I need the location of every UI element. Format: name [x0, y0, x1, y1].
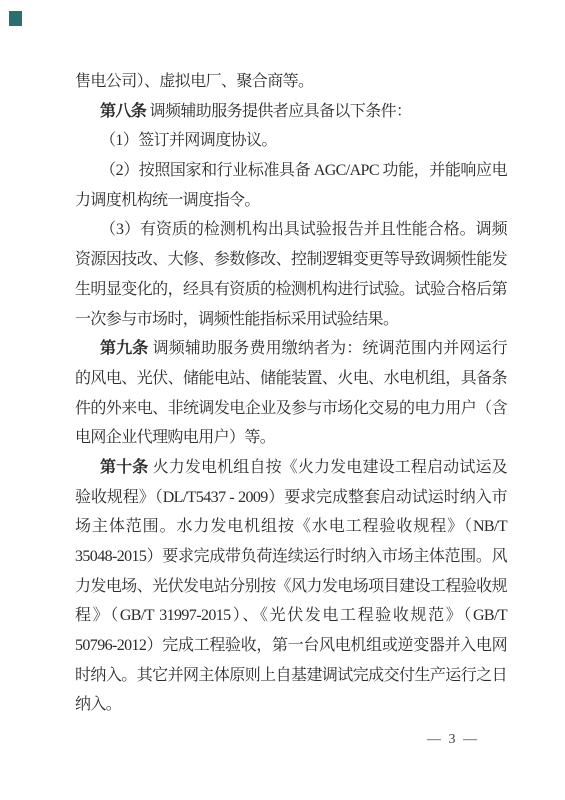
- corner-mark: [9, 11, 22, 26]
- article-number: 第八条: [100, 103, 146, 120]
- line-text: 调频辅助服务费用缴纳者为：统调范围内并网运行: [148, 340, 507, 357]
- line-text: 50796-2012）完成工程验收，第一台风电机组或逆变器并入电网: [75, 637, 507, 654]
- article-8-heading-line: 第八条 调频辅助服务提供者应具备以下条件：: [75, 97, 507, 127]
- line-text: 售电公司）、虚拟电厂、聚合商等。: [75, 73, 313, 90]
- text-line: 力发电场、光伏发电站分别按《风力发电场项目建设工程验收规: [75, 572, 507, 602]
- text-line: 件的外来电、非统调发电企业及参与市场化交易的电力用户（含: [75, 394, 507, 424]
- text-line: 时纳入。其它并网主体原则上自基建调试完成交付生产运行之日: [75, 661, 507, 691]
- line-text: 场主体范围。水力发电机组按《水电工程验收规程》（NB/T: [75, 518, 507, 535]
- line-text: 时纳入。其它并网主体原则上自基建调试完成交付生产运行之日: [75, 667, 507, 684]
- article-number: 第九条: [100, 340, 148, 357]
- line-text: 的风电、光伏、储能电站、储能装置、火电、水电机组，具备条: [75, 370, 507, 387]
- text-line: （2）按照国家和行业标准具备 AGC/APC 功能，并能响应电: [75, 156, 507, 186]
- text-line: 的风电、光伏、储能电站、储能装置、火电、水电机组，具备条: [75, 364, 507, 394]
- line-text: 一次参与市场时，调频性能指标采用试验结果。: [75, 311, 398, 328]
- line-text: （3）有资质的检测机构出具试验报告并且性能合格。调频: [100, 221, 507, 238]
- line-text: 火力发电机组自按《火力发电建设工程启动试运及: [148, 459, 507, 476]
- text-line: 一次参与市场时，调频性能指标采用试验结果。: [75, 305, 507, 335]
- line-text: 调频辅助服务提供者应具备以下条件：: [146, 103, 411, 120]
- line-text: 资源因技改、大修、参数修改、控制逻辑变更等导致调频性能发: [75, 251, 507, 268]
- line-text: 电网企业代理购电用户）等。: [75, 429, 275, 446]
- document-body: 售电公司）、虚拟电厂、聚合商等。 第八条 调频辅助服务提供者应具备以下条件： （…: [75, 67, 507, 720]
- text-line: 售电公司）、虚拟电厂、聚合商等。: [75, 67, 507, 97]
- line-text: 35048-2015）要求完成带负荷连续运行时纳入市场主体范围。风: [75, 548, 507, 565]
- article-number: 第十条: [100, 459, 148, 476]
- line-text: 力发电场、光伏发电站分别按《风力发电场项目建设工程验收规: [75, 578, 507, 595]
- text-line: 50796-2012）完成工程验收，第一台风电机组或逆变器并入电网: [75, 631, 507, 661]
- text-line: 35048-2015）要求完成带负荷连续运行时纳入市场主体范围。风: [75, 542, 507, 572]
- text-line: 纳入。: [75, 690, 507, 720]
- text-line: 程》（GB/T 31997-2015）、《光伏发电工程验收规范》（GB/T: [75, 601, 507, 631]
- page-number: — 3 —: [427, 732, 479, 748]
- text-line: 场主体范围。水力发电机组按《水电工程验收规程》（NB/T: [75, 512, 507, 542]
- article-9-heading-line: 第九条 调频辅助服务费用缴纳者为：统调范围内并网运行: [75, 334, 507, 364]
- text-line: 资源因技改、大修、参数修改、控制逻辑变更等导致调频性能发: [75, 245, 507, 275]
- line-text: 生明显变化的，经具有资质的检测机构进行试验。试验合格后第: [75, 281, 507, 298]
- line-text: （1）签订并网调度协议。: [100, 132, 277, 149]
- article-10-heading-line: 第十条 火力发电机组自按《火力发电建设工程启动试运及: [75, 453, 507, 483]
- line-text: （2）按照国家和行业标准具备 AGC/APC 功能，并能响应电: [100, 162, 507, 179]
- line-text: 纳入。: [75, 696, 121, 713]
- text-line: 生明显变化的，经具有资质的检测机构进行试验。试验合格后第: [75, 275, 507, 305]
- line-text: 验收规程》（DL/T5437 - 2009）要求完成整套启动试运时纳入市: [75, 489, 507, 506]
- text-line: 电网企业代理购电用户）等。: [75, 423, 507, 453]
- text-line: （3）有资质的检测机构出具试验报告并且性能合格。调频: [75, 215, 507, 245]
- text-line: （1）签订并网调度协议。: [75, 126, 507, 156]
- text-line: 力调度机构统一调度指令。: [75, 186, 507, 216]
- line-text: 力调度机构统一调度指令。: [75, 192, 260, 209]
- text-line: 验收规程》（DL/T5437 - 2009）要求完成整套启动试运时纳入市: [75, 483, 507, 513]
- line-text: 程》（GB/T 31997-2015）、《光伏发电工程验收规范》（GB/T: [75, 607, 507, 624]
- line-text: 件的外来电、非统调发电企业及参与市场化交易的电力用户（含: [75, 400, 507, 417]
- document-page: 售电公司）、虚拟电厂、聚合商等。 第八条 调频辅助服务提供者应具备以下条件： （…: [0, 0, 565, 800]
